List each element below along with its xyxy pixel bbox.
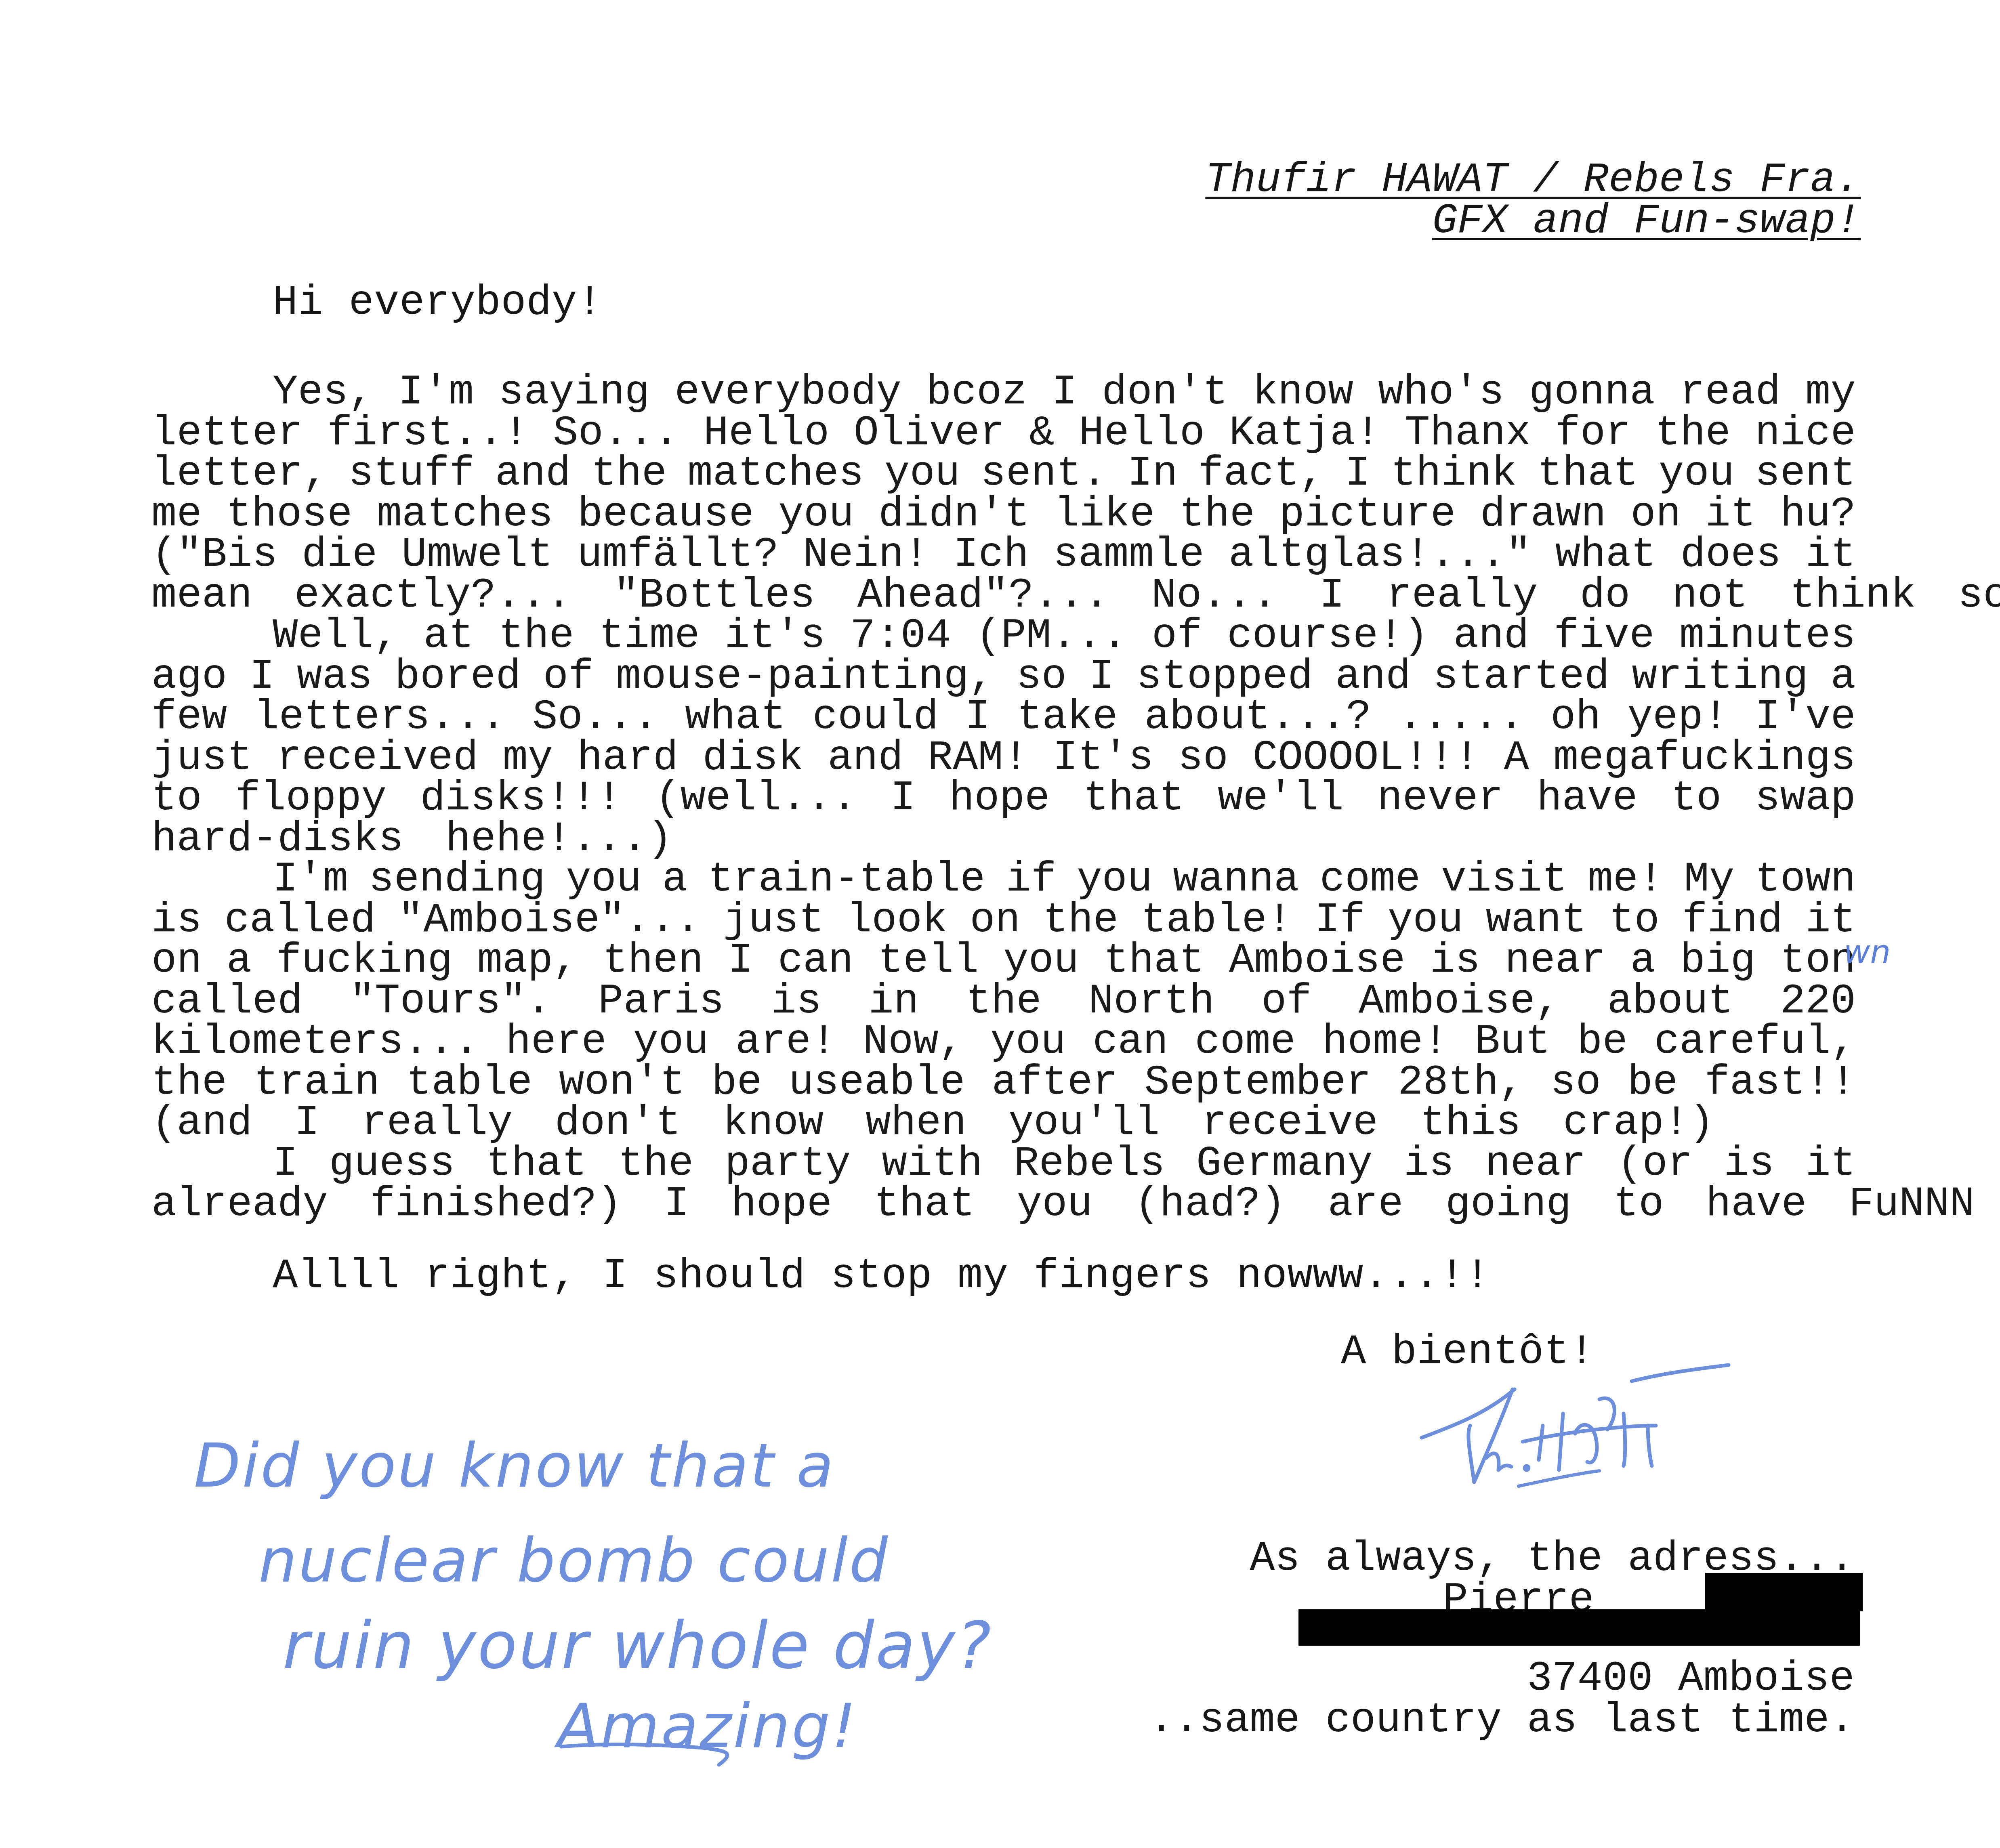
body-line: onafuckingmap,thenIcantellyouthatAmboise… xyxy=(151,941,1856,981)
body-word: to xyxy=(1671,778,1722,819)
body-word: letter, xyxy=(151,454,328,494)
greeting: Hi everybody! xyxy=(273,283,603,323)
redaction-surname xyxy=(1705,1573,1863,1611)
body-line: already finished?) I hope that you (had?… xyxy=(151,1184,1856,1225)
body-word: course!) xyxy=(1227,616,1429,657)
body-word: ago xyxy=(151,657,227,697)
body-word: does xyxy=(1681,535,1782,575)
body-word: be xyxy=(1577,1022,1628,1063)
body-word: you xyxy=(990,1022,1066,1063)
body-word: and xyxy=(495,454,571,494)
body-line: hard-disks hehe!...) xyxy=(151,819,1856,860)
body-word: I xyxy=(891,778,916,819)
letterhead-subject: GFX and Fun-swap! xyxy=(1331,158,1861,284)
body-word: read xyxy=(1680,372,1781,413)
body-word: is xyxy=(1724,1144,1774,1184)
body-word: that xyxy=(1083,778,1184,819)
body-word: know xyxy=(1252,372,1353,413)
body-word: yep! xyxy=(1628,697,1729,738)
body-word: 220 xyxy=(1780,981,1856,1022)
body-word: train-table xyxy=(708,859,985,900)
body-word: hu? xyxy=(1780,494,1856,535)
body-line: Well,atthetimeit's7:04(PM...ofcourse!)an… xyxy=(151,616,1856,657)
body-word: in xyxy=(868,981,919,1022)
body-word: bcoz xyxy=(926,372,1027,413)
body-word: a xyxy=(227,941,252,981)
handwritten-note-line-1: Did you know that a xyxy=(194,1436,835,1496)
body-word: is xyxy=(151,900,202,941)
body-word: hope xyxy=(949,778,1050,819)
body-word: A xyxy=(1504,738,1529,779)
body-word: with xyxy=(882,1144,983,1184)
body-word: Oliver xyxy=(854,413,1005,454)
body-word: five xyxy=(1554,616,1655,657)
body-word: train xyxy=(254,1063,380,1103)
body-word: Yes, xyxy=(273,372,374,413)
body-word: who's xyxy=(1378,372,1504,413)
body-word: don't xyxy=(1102,372,1228,413)
body-word: stopped xyxy=(1137,657,1313,697)
body-word: Hello xyxy=(703,413,829,454)
body-word: you xyxy=(566,859,641,900)
body-word: me xyxy=(151,494,202,535)
body-line-text: (and I really don't know when you'll rec… xyxy=(151,1103,1714,1144)
body-word: about xyxy=(1607,981,1733,1022)
body-word: after xyxy=(992,1063,1118,1103)
body-word: those xyxy=(226,494,352,535)
body-line: kilometers...hereyouare!Now,youcancomeho… xyxy=(151,1022,1856,1063)
body-word: few xyxy=(151,697,227,738)
body-word: because xyxy=(578,494,754,535)
handwritten-note-line-3: ruin your whole day? xyxy=(283,1615,993,1676)
address-country-note: ..same country as last time. xyxy=(1149,1699,1855,1741)
body-line: methosematchesbecauseyoudidn'tlikethepic… xyxy=(151,494,1856,535)
body-word: here xyxy=(506,1022,607,1063)
body-word: So... xyxy=(532,697,658,738)
body-word: ("Bis xyxy=(151,535,277,575)
body-word: want xyxy=(1486,900,1587,941)
body-word: minutes xyxy=(1679,616,1856,657)
body-word: ..... xyxy=(1398,697,1524,738)
body-word: to xyxy=(1609,900,1660,941)
body-word: 28th, xyxy=(1398,1063,1524,1103)
body-word: disks!!! xyxy=(420,778,622,819)
body-word: you xyxy=(778,494,854,535)
body-word: look xyxy=(847,900,947,941)
body-word: you xyxy=(884,454,960,494)
body-word: Thanx xyxy=(1405,413,1531,454)
body-word: swap xyxy=(1755,778,1856,819)
body-word: If xyxy=(1315,900,1365,941)
body-word: started xyxy=(1433,657,1609,697)
body-word: and xyxy=(1335,657,1411,697)
body-line: tofloppydisks!!!(well...Ihopethatwe'llne… xyxy=(151,778,1856,819)
body-word: come xyxy=(1195,1022,1296,1063)
body-word: the xyxy=(618,1144,693,1184)
body-word: what xyxy=(685,697,786,738)
body-word: I xyxy=(249,657,274,697)
body-word: stuff xyxy=(349,454,475,494)
body-word: North xyxy=(1088,981,1214,1022)
body-word: September xyxy=(1144,1063,1371,1103)
body-word: guess xyxy=(329,1144,455,1184)
body-line: agoIwasboredofmouse-painting,soIstoppeda… xyxy=(151,657,1856,697)
body-word: so xyxy=(1550,1063,1601,1103)
body-word: you xyxy=(633,1022,709,1063)
body-word: wanna xyxy=(1173,859,1299,900)
body-word: it's xyxy=(725,616,826,657)
body-word: you xyxy=(1003,941,1079,981)
body-word: party xyxy=(725,1144,851,1184)
body-word: matches xyxy=(687,454,864,494)
body-word: the xyxy=(1179,494,1255,535)
body-word: Now, xyxy=(863,1022,964,1063)
body-line: called"Tours".ParisisintheNorthofAmboise… xyxy=(151,981,1856,1022)
body-word: Umwelt xyxy=(401,535,553,575)
body-word: at xyxy=(423,616,474,657)
body-word: floppy xyxy=(235,778,387,819)
body-word: I xyxy=(965,697,990,738)
subject-line: GFX and Fun-swap! xyxy=(1432,197,1861,245)
body-line: letter,stuffandthematchesyousent.Infact,… xyxy=(151,454,1856,494)
body-word: Ich xyxy=(953,535,1029,575)
body-word: is xyxy=(771,981,821,1022)
body-word: drawn xyxy=(1480,494,1606,535)
body-word: I'm xyxy=(273,859,348,900)
body-word: RAM! xyxy=(928,738,1029,779)
signature-icon xyxy=(1405,1365,1830,1502)
body-line: iscalled"Amboise"...justlookonthetable!I… xyxy=(151,900,1856,941)
body-word: altglas!..." xyxy=(1229,535,1531,575)
body-word: sending xyxy=(369,859,545,900)
body-word: table! xyxy=(1141,900,1292,941)
body-word: hard xyxy=(577,738,678,779)
body-word: on xyxy=(151,941,202,981)
body-word: and xyxy=(828,738,903,779)
body-word: me! xyxy=(1588,859,1663,900)
body-line-text: mean exactly?... "Bottles Ahead"?... No.… xyxy=(151,575,2000,616)
body-word: & xyxy=(1029,413,1054,454)
body-word: I'm xyxy=(398,372,474,413)
body-word: the xyxy=(1043,900,1118,941)
body-word: sent. xyxy=(981,454,1107,494)
body-word: saying xyxy=(499,372,650,413)
body-word: Hello xyxy=(1079,413,1205,454)
body-word: of xyxy=(543,657,594,697)
body-word: fact, xyxy=(1198,454,1324,494)
body-word: home! xyxy=(1322,1022,1448,1063)
body-word: be xyxy=(712,1063,762,1103)
body-line: letterfirst..!So...HelloOliver&HelloKatj… xyxy=(151,413,1856,454)
body-word: didn't xyxy=(878,494,1029,535)
body-word: of xyxy=(1152,616,1202,657)
body-word: letters... xyxy=(254,697,506,738)
body-word: find xyxy=(1682,900,1783,941)
body-word: is xyxy=(1404,1144,1454,1184)
redaction-street xyxy=(1298,1609,1860,1646)
body-line: thetraintablewon'tbeuseableafterSeptembe… xyxy=(151,1063,1856,1103)
body-line: (and I really don't know when you'll rec… xyxy=(151,1103,1856,1144)
body-word: that xyxy=(1537,454,1638,494)
body-word: you xyxy=(1077,859,1152,900)
body-word: just xyxy=(723,900,824,941)
body-word: we'll xyxy=(1218,778,1344,819)
body-word: In xyxy=(1127,454,1178,494)
body-word: megafuckings xyxy=(1553,738,1856,779)
body-word: are! xyxy=(735,1022,836,1063)
body-line-text: already finished?) I hope that you (had?… xyxy=(151,1184,2000,1225)
body-line: ("BisdieUmweltumfällt?Nein!Ichsammlealtg… xyxy=(151,535,1856,575)
body-word: called xyxy=(225,900,376,941)
body-word: the xyxy=(151,1063,227,1103)
body-word: be xyxy=(1628,1063,1678,1103)
body-word: can xyxy=(778,941,853,981)
body-word: and xyxy=(1454,616,1529,657)
body-word: near xyxy=(1505,941,1606,981)
body-word: "Tours". xyxy=(350,981,551,1022)
body-line: mean exactly?... "Bottles Ahead"?... No.… xyxy=(151,575,1856,616)
body-word: fucking xyxy=(276,941,453,981)
body-word: that xyxy=(486,1144,587,1184)
body-word: tell xyxy=(878,941,979,981)
body-word: of xyxy=(1261,981,1312,1022)
body-word: nice xyxy=(1755,413,1856,454)
body-word: table xyxy=(406,1063,532,1103)
body-word: letter xyxy=(151,413,303,454)
body-word: on xyxy=(970,900,1020,941)
body-word: the xyxy=(591,454,667,494)
body-word: Well, xyxy=(273,616,399,657)
body-word: picture xyxy=(1279,494,1456,535)
body-word: it xyxy=(1805,1144,1856,1184)
body-word: But xyxy=(1475,1022,1550,1063)
body-word: time xyxy=(599,616,700,657)
body-line: Yes,I'msayingeverybodybcozIdon'tknowwho'… xyxy=(151,372,1856,413)
body-word: it xyxy=(1705,494,1756,535)
body-word: visit xyxy=(1441,859,1567,900)
body-word: think xyxy=(1391,454,1517,494)
body-word: what xyxy=(1555,535,1656,575)
body-word: a xyxy=(1830,657,1855,697)
body-word: kilometers... xyxy=(151,1022,479,1063)
body-word: about...? xyxy=(1144,697,1371,738)
body-word: have xyxy=(1537,778,1638,819)
body-word: like xyxy=(1054,494,1155,535)
body-word: the xyxy=(966,981,1041,1022)
body-word: is xyxy=(1430,941,1480,981)
body-word: (or xyxy=(1617,1144,1693,1184)
body-word: gonna xyxy=(1529,372,1655,413)
body-word: if xyxy=(1006,859,1056,900)
body-word: I xyxy=(1052,372,1077,413)
body-word: then xyxy=(603,941,704,981)
body-word: take xyxy=(1017,697,1118,738)
body-word: that xyxy=(1103,941,1204,981)
body-word: I xyxy=(273,1144,298,1184)
body-word: careful, xyxy=(1654,1022,1856,1063)
body-word: the xyxy=(1655,413,1731,454)
body-word: bored xyxy=(395,657,521,697)
body-word: disk xyxy=(702,738,803,779)
body-word: sent xyxy=(1755,454,1856,494)
body-word: it xyxy=(1805,535,1856,575)
body-word: so xyxy=(1016,657,1067,697)
body-word: town xyxy=(1755,859,1856,900)
body-word: 7:04 xyxy=(850,616,951,657)
handwritten-correction: wn xyxy=(1844,936,1891,968)
body-word: first..! xyxy=(327,413,529,454)
body-word: Katja! xyxy=(1229,413,1380,454)
body-word: on xyxy=(1630,494,1681,535)
body-word: to xyxy=(151,778,202,819)
body-word: for xyxy=(1555,413,1630,454)
body-line: IguessthatthepartywithRebelsGermanyisnea… xyxy=(151,1144,1856,1184)
body-word: umfällt? xyxy=(577,535,779,575)
body-word: so xyxy=(1178,738,1228,779)
body-word: I xyxy=(1345,454,1370,494)
body-word: received xyxy=(277,738,478,779)
body-word: never xyxy=(1377,778,1503,819)
body-word: Germany xyxy=(1196,1144,1373,1184)
body-word: was xyxy=(297,657,372,697)
amazing-underline-icon xyxy=(557,1737,767,1769)
handwritten-note-line-2: nuclear bomb could xyxy=(258,1531,889,1591)
body-word: big xyxy=(1680,941,1756,981)
body-word: come xyxy=(1320,859,1421,900)
body-word: fast!! xyxy=(1704,1063,1855,1103)
body-word: my xyxy=(502,738,553,779)
body-word: could xyxy=(813,697,939,738)
body-line-text: hard-disks hehe!...) xyxy=(151,819,672,860)
body-word: mouse-painting, xyxy=(616,657,994,697)
body-word: won't xyxy=(559,1063,685,1103)
address-city: 37400 Amboise xyxy=(1527,1658,1855,1700)
body-word: the xyxy=(499,616,574,657)
body-word: a xyxy=(1630,941,1655,981)
body-word: Amboise, xyxy=(1359,981,1560,1022)
body-word: map, xyxy=(477,941,578,981)
body-word: My xyxy=(1684,859,1735,900)
body-word: just xyxy=(151,738,252,779)
body-word: my xyxy=(1805,372,1856,413)
body-word: I xyxy=(728,941,753,981)
body-word: (well... xyxy=(655,778,857,819)
body-word: near xyxy=(1485,1144,1586,1184)
body-word: COOOOL!!! xyxy=(1252,738,1479,779)
body-word: die xyxy=(302,535,377,575)
body-word: "Amboise"... xyxy=(398,900,701,941)
body-word: So... xyxy=(553,413,679,454)
body-line: I'msendingyouatrain-tableifyouwannacomev… xyxy=(151,859,1856,900)
body-word: can xyxy=(1092,1022,1168,1063)
signature-text: Th. HAWAT xyxy=(1446,1486,1737,1502)
body-word: (PM... xyxy=(976,616,1127,657)
body-line: justreceivedmyharddiskandRAM!It'ssoCOOOO… xyxy=(151,738,1856,779)
body-word: It's xyxy=(1053,738,1154,779)
body-word: called xyxy=(151,981,303,1022)
body-word: a xyxy=(662,859,687,900)
body-word: oh xyxy=(1550,697,1601,738)
body-word: Rebels xyxy=(1014,1144,1165,1184)
body-word: I xyxy=(1089,657,1114,697)
body-word: Amboise xyxy=(1229,941,1405,981)
closing-line: Allll right, I should stop my fingers no… xyxy=(273,1256,1490,1296)
body-word: everybody xyxy=(674,372,901,413)
body-word: you xyxy=(1388,900,1463,941)
body-word: I've xyxy=(1755,697,1856,738)
letter-body: Yes,I'msayingeverybodybcozIdon'tknowwho'… xyxy=(151,372,1856,1225)
body-word: writing xyxy=(1632,657,1808,697)
body-word: useable xyxy=(789,1063,965,1103)
body-word: Nein! xyxy=(803,535,929,575)
body-line: fewletters...So...whatcouldItakeabout...… xyxy=(151,697,1856,738)
body-word: matches xyxy=(377,494,553,535)
letter-page: Thufir HAWAT / Rebels Fra. GFX and Fun-s… xyxy=(0,0,2000,1848)
body-word: you xyxy=(1659,454,1734,494)
body-word: sammle xyxy=(1053,535,1204,575)
body-word: Paris xyxy=(598,981,724,1022)
